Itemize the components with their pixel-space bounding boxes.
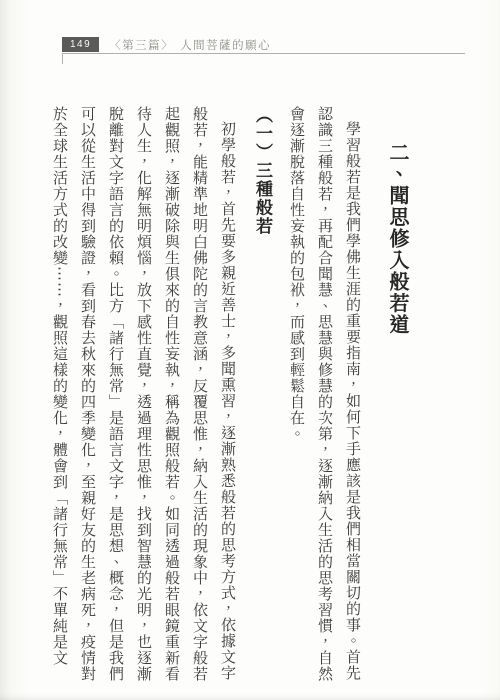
header-rule [62, 53, 465, 54]
section-title: 二、聞思修入般若道 [382, 106, 412, 686]
page-number-badge: 149 [62, 37, 99, 52]
subheading: （一）三種般若 [247, 106, 277, 686]
chapter-label: 〈第三篇〉 [109, 37, 174, 53]
paragraph-1: 學習般若是我們學佛生涯的重要指南，如何下手應該是我們相當關切的事。首先認識三種般… [282, 106, 366, 686]
page-body: 二、聞思修入般若道 學習般若是我們學佛生涯的重要指南，如何下手應該是我們相當關切… [72, 106, 426, 686]
book-page: 149 〈第三篇〉 人間菩薩的願心 二、聞思修入般若道 學習般若是我們學佛生涯的… [0, 0, 500, 700]
chapter-title: 人間菩薩的願心 [180, 37, 271, 53]
page-header: 149 〈第三篇〉 人間菩薩的願心 [62, 37, 271, 52]
header-rule-tick [62, 53, 63, 64]
paragraph-2: 初學般若，首先要多親近善士，多聞熏習，逐漸熟悉般若的思考方式，依據文字般若，能精… [45, 106, 241, 686]
